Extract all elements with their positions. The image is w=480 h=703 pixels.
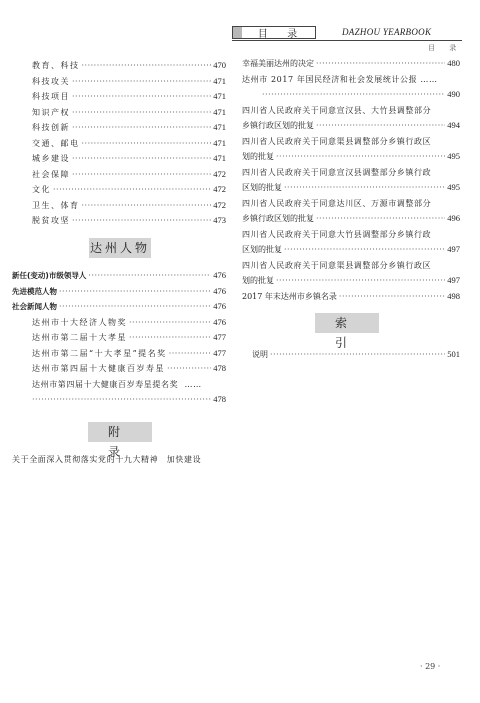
- toc-entry[interactable]: 乡镇行政区划的批复496: [242, 211, 460, 227]
- right-column: 幸福美丽达州的决定480 达州市 2017 年国民经济和社会发展统计公报 …… …: [242, 56, 460, 304]
- toc-entry[interactable]: 先进模范人物476: [12, 284, 226, 300]
- index-entries: 说明501: [252, 347, 460, 363]
- toc-entry[interactable]: 划的批复497: [242, 273, 460, 289]
- toc-entry[interactable]: 达州市第二届十大孝星477: [12, 330, 226, 346]
- toc-entry-line[interactable]: 四川省人民政府关于同意宣汉县、大竹县调整部分: [242, 103, 460, 119]
- appendix-entry-start[interactable]: 关于全面深入贯彻落实党的十九大精神 加快建设: [12, 454, 201, 465]
- toc-entry-line[interactable]: 四川省人民政府关于同意宣汉县调整部分乡镇行政: [242, 165, 460, 181]
- toc-entry[interactable]: 交通、邮电471: [12, 136, 226, 152]
- toc-entry[interactable]: 2017 年末达州市乡镇名录498: [242, 289, 460, 305]
- toc-entry[interactable]: 城乡建设471: [12, 151, 226, 167]
- toc-entry[interactable]: 达州市第四届十大健康百岁寿星478: [12, 361, 226, 377]
- left-column: 教育、科技470 科技攻关471 科技项目471 知识产权471 科技创新471…: [12, 58, 226, 229]
- header-rule: [232, 40, 462, 41]
- toc-entry[interactable]: 幸福美丽达州的决定480: [242, 56, 460, 72]
- toc-entry[interactable]: 达州市十大经济人物奖476: [12, 315, 226, 331]
- page-number: · 29 ·: [420, 662, 440, 671]
- toc-entry[interactable]: 区划的批复497: [242, 242, 460, 258]
- toc-entry[interactable]: 科技项目471: [12, 89, 226, 105]
- header-tab-label: 目 录: [242, 25, 315, 40]
- section-heading-index: 索引: [315, 313, 379, 333]
- toc-entry[interactable]: 教育、科技470: [12, 58, 226, 74]
- header-tab: 目 录: [232, 26, 316, 39]
- toc-entry[interactable]: 说明501: [252, 347, 460, 363]
- toc-entry[interactable]: 乡镇行政区划的批复494: [242, 118, 460, 134]
- toc-entry[interactable]: 科技攻关471: [12, 74, 226, 90]
- toc-entry-line[interactable]: 四川省人民政府关于同意大竹县调整部分乡镇行政: [242, 227, 460, 243]
- toc-entry[interactable]: 社会保障472: [12, 167, 226, 183]
- toc-entry[interactable]: 区划的批复495: [242, 180, 460, 196]
- section-heading-dazhou-people: 达州人物: [89, 238, 151, 258]
- header-tab-marker: [232, 27, 242, 38]
- toc-entry-line[interactable]: 四川省人民政府关于同意渠县调整部分乡镇行政区: [242, 258, 460, 274]
- toc-entry[interactable]: 脱贫攻坚473: [12, 213, 226, 229]
- toc-entry[interactable]: 划的批复495: [242, 149, 460, 165]
- toc-entry[interactable]: 达州市第二届“十大孝星”提名奖477: [12, 346, 226, 362]
- yearbook-brand: DAZHOU YEARBOOK: [342, 27, 431, 37]
- running-header: 目 录: [428, 43, 462, 53]
- toc-entry-line[interactable]: 达州市 2017 年国民经济和社会发展统计公报 ……: [242, 72, 460, 88]
- toc-entry-line[interactable]: 四川省人民政府关于同意渠县调整部分乡镇行政区: [242, 134, 460, 150]
- section-heading-appendix: 附录: [88, 422, 152, 442]
- toc-entry[interactable]: 490: [242, 87, 460, 103]
- toc-entry-long-title[interactable]: 达州市第四届十大健康百岁寿星提名奖 ……: [12, 377, 226, 393]
- toc-entry[interactable]: 社会新闻人物476: [12, 299, 226, 315]
- toc-entry[interactable]: 卫生、体育472: [12, 198, 226, 214]
- toc-entry-line[interactable]: 四川省人民政府关于同意达川区、万源市调整部分: [242, 196, 460, 212]
- toc-entry[interactable]: 文化472: [12, 182, 226, 198]
- toc-entry[interactable]: 知识产权471: [12, 105, 226, 121]
- toc-entry[interactable]: 新任(变动)市级领导人476: [12, 268, 226, 284]
- toc-entry[interactable]: 科技创新471: [12, 120, 226, 136]
- toc-entry-long-page[interactable]: 478: [12, 392, 226, 408]
- left-column-people: 新任(变动)市级领导人476 先进模范人物476 社会新闻人物476 达州市十大…: [12, 268, 226, 408]
